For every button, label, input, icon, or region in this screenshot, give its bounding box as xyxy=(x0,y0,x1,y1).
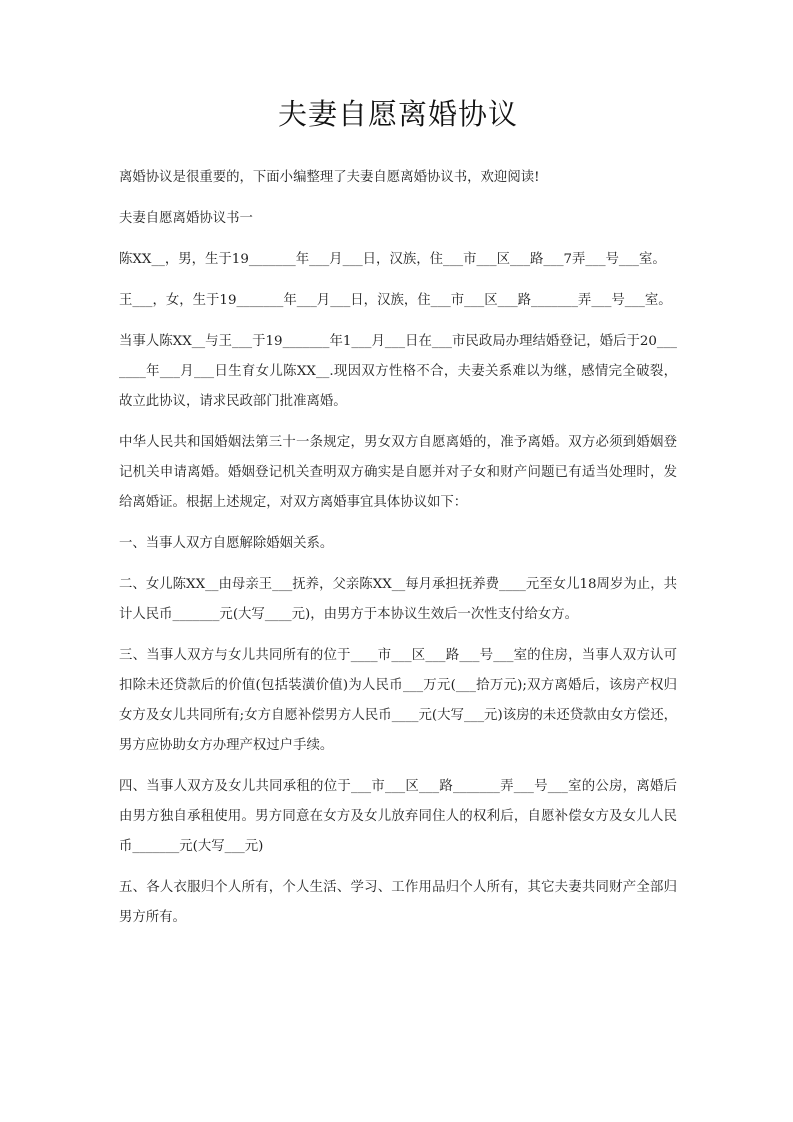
document-title: 夫妻自愿离婚协议 xyxy=(119,94,677,134)
clause-2: 二、女儿陈XX__由母亲王___抚养，父亲陈XX__每月承担抚养费____元至女… xyxy=(119,570,677,630)
clause-3: 三、当事人双方与女儿共同所有的位于____市___区___路___号___室的住… xyxy=(119,641,677,761)
legal-basis-paragraph: 中华人民共和国婚姻法第三十一条规定，男女双方自愿离婚的，准予离婚。双方必须到婚姻… xyxy=(119,428,677,518)
marriage-background-paragraph: 当事人陈XX__与王___于19_______年1___月___日在___市民政… xyxy=(119,327,677,417)
clause-4: 四、当事人双方及女儿共同承租的位于___市___区___路_______弄___… xyxy=(119,772,677,862)
party-wife-paragraph: 王___，女，生于19_______年___月___日，汉族，住___市___区… xyxy=(119,286,677,316)
intro-paragraph: 离婚协议是很重要的，下面小编整理了夫妻自愿离婚协议书，欢迎阅读! xyxy=(119,163,677,193)
party-husband-paragraph: 陈XX__，男，生于19_______年___月___日，汉族，住___市___… xyxy=(119,245,677,275)
clause-1: 一、当事人双方自愿解除婚姻关系。 xyxy=(119,529,677,559)
clause-5: 五、各人衣服归个人所有，个人生活、学习、工作用品归个人所有，其它夫妻共同财产全部… xyxy=(119,873,677,933)
section-heading: 夫妻自愿离婚协议书一 xyxy=(119,204,677,234)
document-body: 离婚协议是很重要的，下面小编整理了夫妻自愿离婚协议书，欢迎阅读! 夫妻自愿离婚协… xyxy=(119,163,677,944)
